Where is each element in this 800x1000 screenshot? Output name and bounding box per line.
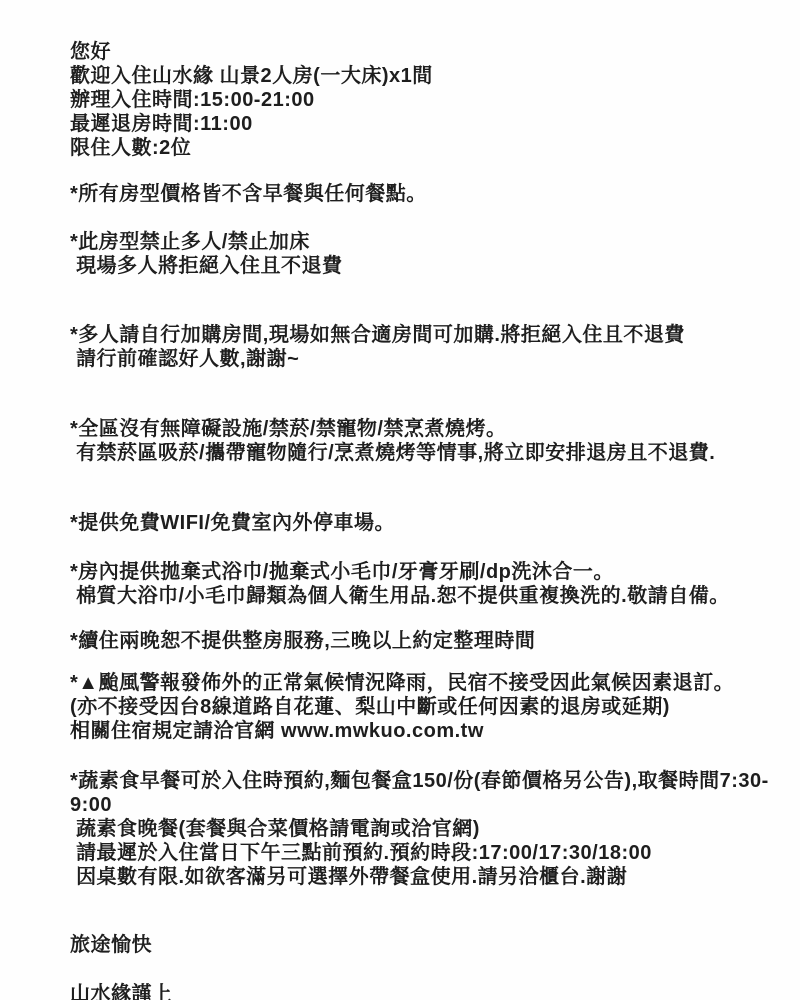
text-line: *續住兩晚恕不提供整房服務,三晚以上約定整理時間 bbox=[70, 629, 770, 653]
para-pricing-note: *所有房型價格皆不含早餐與任何餐點。 bbox=[70, 182, 770, 206]
text-line: *全區沒有無障礙設施/禁菸/禁寵物/禁烹煮燒烤。 bbox=[70, 417, 770, 441]
guest-notice-letter: 您好 歡迎入住山水緣 山景2人房(一大床)x1間 辦理入住時間:15:00-21… bbox=[0, 0, 800, 1000]
text-line: *多人請自行加購房間,現場如無合適房間可加購.將拒絕入住且不退費 bbox=[70, 323, 770, 347]
text-line: 有禁菸區吸菸/攜帶寵物隨行/烹煮燒烤等情事,將立即安排退房且不退費. bbox=[70, 441, 770, 465]
dinner-info-line: 蔬素食晚餐(套餐與合菜價格請電詢或洽官網) bbox=[70, 817, 770, 841]
room-type-line: 歡迎入住山水緣 山景2人房(一大床)x1間 bbox=[70, 64, 770, 88]
para-toiletries-note: *房內提供拋棄式浴巾/拋棄式小毛巾/牙膏牙刷/dp洗沐合一。 棉質大浴巾/小毛巾… bbox=[70, 560, 770, 608]
text-line: (亦不接受因台8線道路自花蓮、梨山中斷或任何因素的退房或延期) bbox=[70, 695, 770, 719]
text-line: 棉質大浴巾/小毛巾歸類為個人衛生用品.恕不提供重複換洗的.敬請自備。 bbox=[70, 584, 770, 608]
text-line: *所有房型價格皆不含早餐與任何餐點。 bbox=[70, 182, 770, 206]
para-occupancy-rule: *此房型禁止多人/禁止加床 現場多人將拒絕入住且不退費 bbox=[70, 230, 770, 278]
takeout-option-line: 因桌數有限.如欲客滿另可選擇外帶餐盒使用.請另洽櫃台.謝謝 bbox=[70, 865, 770, 889]
official-website-line: 相關住宿規定請洽官網 www.mwkuo.com.tw bbox=[70, 719, 770, 743]
para-facility-prohibitions: *全區沒有無障礙設施/禁菸/禁寵物/禁烹煮燒烤。 有禁菸區吸菸/攜帶寵物隨行/烹… bbox=[70, 417, 770, 465]
para-farewell: 旅途愉快 bbox=[70, 933, 770, 957]
para-housekeeping-note: *續住兩晚恕不提供整房服務,三晚以上約定整理時間 bbox=[70, 629, 770, 653]
breakfast-info-line: *蔬素食早餐可於入住時預約,麵包餐盒150/份(春節價格另公告),取餐時間7:3… bbox=[70, 769, 770, 817]
para-greeting-and-booking-summary: 您好 歡迎入住山水緣 山景2人房(一大床)x1間 辦理入住時間:15:00-21… bbox=[70, 40, 770, 160]
text-line: 現場多人將拒絕入住且不退費 bbox=[70, 254, 770, 278]
text-line: *房內提供拋棄式浴巾/拋棄式小毛巾/牙膏牙刷/dp洗沐合一。 bbox=[70, 560, 770, 584]
para-weather-cancellation-policy: *▲颱風警報發佈外的正常氣候情況降雨，民宿不接受因此氣候因素退訂。 (亦不接受因… bbox=[70, 671, 770, 743]
text-line: *此房型禁止多人/禁止加床 bbox=[70, 230, 770, 254]
signature-line: 山水緣謹上 bbox=[70, 982, 770, 1000]
text-line: *▲颱風警報發佈外的正常氣候情況降雨，民宿不接受因此氣候因素退訂。 bbox=[70, 671, 770, 695]
text-line: *提供免費WIFI/免費室內外停車場。 bbox=[70, 511, 770, 535]
reservation-deadline-line: 請最遲於入住當日下午三點前預約.預約時段:17:00/17:30/18:00 bbox=[70, 841, 770, 865]
farewell-line: 旅途愉快 bbox=[70, 933, 770, 957]
para-wifi-parking-note: *提供免費WIFI/免費室內外停車場。 bbox=[70, 511, 770, 535]
text-line: 請行前確認好人數,謝謝~ bbox=[70, 347, 770, 371]
para-signature: 山水緣謹上 bbox=[70, 982, 770, 1000]
max-occupancy-line: 限住人數:2位 bbox=[70, 136, 770, 160]
para-meal-reservation-info: *蔬素食早餐可於入住時預約,麵包餐盒150/份(春節價格另公告),取餐時間7:3… bbox=[70, 769, 770, 889]
checkin-time-line: 辦理入住時間:15:00-21:00 bbox=[70, 88, 770, 112]
greeting-line: 您好 bbox=[70, 40, 770, 64]
para-extra-guest-rule: *多人請自行加購房間,現場如無合適房間可加購.將拒絕入住且不退費 請行前確認好人… bbox=[70, 323, 770, 371]
checkout-time-line: 最遲退房時間:11:00 bbox=[70, 112, 770, 136]
